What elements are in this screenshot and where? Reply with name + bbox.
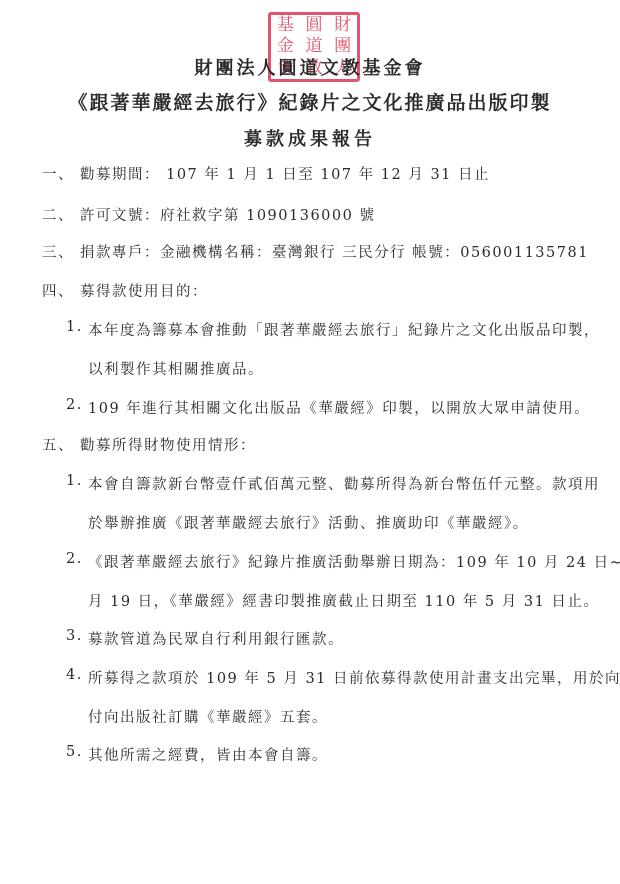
- section-text: 捐款專戶：金融機構名稱：臺灣銀行 三民分行 帳號：056001135781: [80, 241, 589, 262]
- section-number: 四、: [42, 280, 74, 301]
- item-number: 1.: [66, 319, 83, 335]
- item-number: 2.: [66, 397, 83, 413]
- stamp-char: 基: [271, 15, 300, 36]
- item-text: 其他所需之經費，皆由本會自籌。: [88, 744, 328, 765]
- item-text: 本年度為籌募本會推動「跟著華嚴經去旅行」紀錄片之文化出版品印製，: [88, 319, 600, 340]
- organization-title: 財團法人圓道文教基金會: [0, 54, 620, 80]
- section-text: 許可文號：府社救字第 1090136000 號: [80, 204, 375, 225]
- item-text: 付向出版社訂購《華嚴經》五套。: [88, 706, 328, 727]
- item-text: 月 19 日，《華嚴經》經書印製推廣截止日期至 110 年 5 月 31 日止。: [88, 590, 599, 611]
- item-text: 募款管道為民眾自行利用銀行匯款。: [88, 628, 344, 649]
- item-text: 109 年進行其相關文化出版品《華嚴經》印製，以開放大眾申請使用。: [88, 397, 590, 418]
- item-text: 以利製作其相關推廣品。: [88, 358, 264, 379]
- item-number: 4.: [66, 667, 83, 683]
- section-number: 一、: [42, 163, 74, 184]
- section-text: 勸募期間： 107 年 1 月 1 日至 107 年 12 月 31 日止: [80, 163, 490, 184]
- section-text: 勸募所得財物使用情形：: [80, 434, 256, 455]
- item-number: 3.: [66, 628, 83, 644]
- stamp-char: 財: [328, 15, 357, 36]
- item-text: 於舉辦推廣《跟著華嚴經去旅行》活動、推廣助印《華嚴經》。: [88, 512, 529, 533]
- item-number: 1.: [66, 473, 83, 489]
- section-number: 二、: [42, 204, 74, 225]
- item-number: 5.: [66, 744, 83, 760]
- report-title: 募款成果報告: [0, 125, 620, 151]
- section-number: 五、: [42, 434, 74, 455]
- section-number: 三、: [42, 241, 74, 262]
- project-title: 《跟著華嚴經去旅行》紀錄片之文化推廣品出版印製: [0, 88, 620, 115]
- item-text: 《跟著華嚴經去旅行》紀錄片推廣活動舉辦日期為：109 年 10 月 24 日~1…: [88, 551, 620, 572]
- item-text: 本會自籌款新台幣壹仟貳佰萬元整、勸募所得為新台幣伍仟元整。款項用: [88, 473, 600, 494]
- item-text: 所募得之款項於 109 年 5 月 31 日前依募得款使用計畫支出完畢，用於向支: [88, 667, 620, 688]
- section-text: 募得款使用目的：: [80, 280, 208, 301]
- item-number: 2.: [66, 551, 83, 567]
- stamp-char: 圓: [300, 15, 329, 36]
